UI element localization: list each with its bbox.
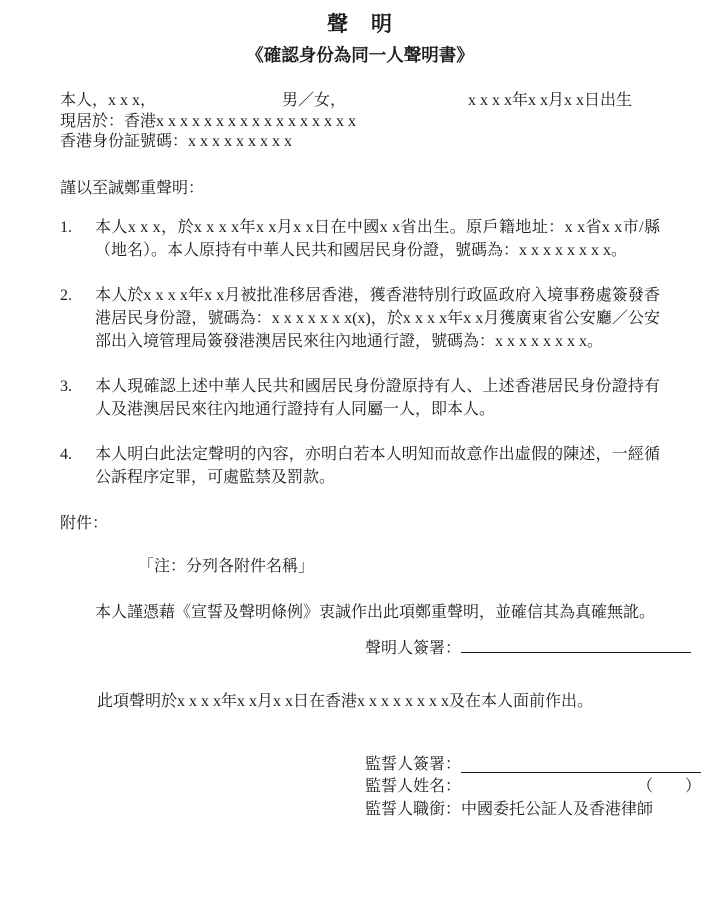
- document-subtitle: 《確認身份為同一人聲明書》: [60, 42, 660, 67]
- item-number: 4.: [60, 443, 95, 489]
- witness-signature-row: 監誓人簽署：: [365, 754, 701, 777]
- declaration-item-3: 3. 本人現確認上述中華人民共和國居民身份證原持有人、上述香港居民身份證持有人及…: [60, 375, 660, 421]
- declaration-item-1: 1. 本人x x x，於x x x x年x x月x x日在中國x x省出生。原戶…: [60, 216, 660, 262]
- item-number: 2.: [60, 284, 95, 353]
- declarant-hkid-line: 香港身份証號碼：x x x x x x x x x: [60, 132, 660, 153]
- witness-name-label: 監誓人姓名：: [365, 776, 461, 799]
- witness-signature-line: [461, 758, 701, 773]
- declarant-name-field: 本人，x x x，: [60, 92, 156, 109]
- declaration-item-4: 4. 本人明白此法定聲明的內容，亦明白若本人明知而故意作出虛假的陳述，一經循公訴…: [60, 443, 660, 489]
- declaration-intro: 謹以至誠鄭重聲明：: [60, 179, 660, 199]
- item-number: 1.: [60, 216, 95, 262]
- declarant-signature-row: 聲明人簽署：: [365, 638, 660, 659]
- declarant-birthdate-field: x x x x年x x月x x日出生: [468, 91, 632, 112]
- witness-title-value: 中國委托公証人及香港律師: [461, 799, 653, 822]
- witness-name-row: 監誓人姓名： （ ）: [365, 776, 701, 799]
- declaration-item-2: 2. 本人於x x x x年x x月被批准移居香港，獲香港特別行政區政府入境事務…: [60, 284, 660, 353]
- oath-statement: 本人謹憑藉《宣誓及聲明條例》衷誠作出此項鄭重聲明，並確信其為真確無訛。: [60, 603, 660, 623]
- witness-signature-label: 監誓人簽署：: [365, 754, 461, 777]
- item-number: 3.: [60, 375, 95, 421]
- item-text: 本人於x x x x年x x月被批准移居香港，獲香港特別行政區政府入境事務處簽發…: [95, 284, 660, 353]
- attachments-note: 「注：分列各附件名稱」: [138, 557, 660, 577]
- declarant-address-line: 現居於：香港x x x x x x x x x x x x x x x x x: [60, 112, 660, 133]
- declarant-gender-field: 男／女，: [282, 91, 346, 112]
- declarant-name-line: 本人，x x x， 男／女， x x x x年x x月x x日出生: [60, 91, 660, 112]
- declarant-signature-line: [461, 638, 691, 653]
- item-text: 本人明白此法定聲明的內容，亦明白若本人明知而故意作出虛假的陳述，一經循公訴程序定…: [95, 443, 660, 489]
- declaration-document: 聲 明 《確認身份為同一人聲明書》 本人，x x x， 男／女， x x x x…: [0, 0, 720, 910]
- witness-block: 監誓人簽署： 監誓人姓名： （ ） 監誓人職銜： 中國委托公証人及香港律師: [365, 754, 701, 822]
- witness-title-row: 監誓人職銜： 中國委托公証人及香港律師: [365, 799, 701, 822]
- item-text: 本人現確認上述中華人民共和國居民身份證原持有人、上述香港居民身份證持有人及港澳居…: [95, 375, 660, 421]
- witness-title-label: 監誓人職銜：: [365, 799, 461, 822]
- document-title: 聲 明: [60, 8, 660, 38]
- declarant-info-block: 本人，x x x， 男／女， x x x x年x x月x x日出生 現居於：香港…: [60, 91, 660, 153]
- made-at-statement: 此項聲明於x x x x年x x月x x日在香港x x x x x x x x及…: [60, 690, 660, 713]
- item-text: 本人x x x，於x x x x年x x月x x日在中國x x省出生。原戶籍地址…: [95, 216, 660, 262]
- declaration-items: 1. 本人x x x，於x x x x年x x月x x日在中國x x省出生。原戶…: [60, 216, 660, 489]
- witness-name-brackets: （ ）: [637, 776, 701, 799]
- declarant-signature-label: 聲明人簽署：: [365, 640, 461, 657]
- attachments-label: 附件：: [60, 514, 660, 534]
